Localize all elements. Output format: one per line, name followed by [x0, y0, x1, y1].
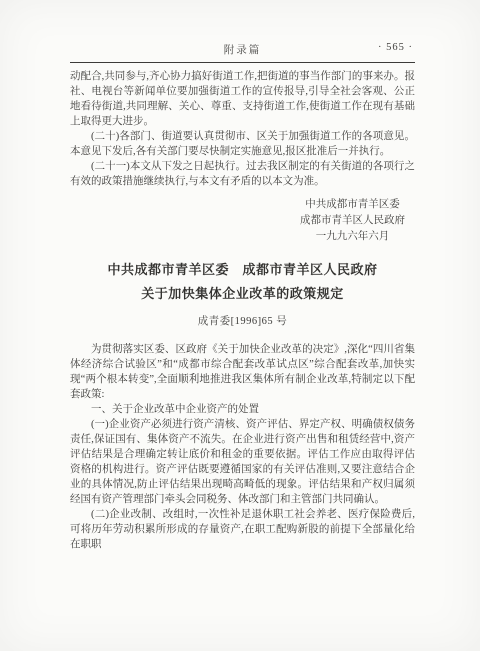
document-title-line1: 中共成都市青羊区委 成都市青羊区人民政府 [70, 258, 415, 282]
paragraph: (二)企业改制、改组时,一次性补足退休职工社会养老、医疗保险费后,可将历年劳动积… [70, 507, 415, 552]
signature-org-line: 中共成都市青羊区委 [300, 197, 405, 213]
paragraph: 为贯彻落实区委、区政府《关于加快企业改革的决定》,深化“四川省集体经济综合试验区… [70, 342, 415, 402]
document-body: 为贯彻落实区委、区政府《关于加快企业改革的决定》,深化“四川省集体经济综合试验区… [70, 342, 415, 552]
scanned-document-page: 附录篇 · 565 · 动配合,共同参与,齐心协力搞好街道工作,把街道的事当作部… [0, 0, 480, 651]
paragraph: (二十一)本文从下发之日起执行。过去我区制定的有关街道的各项行之有效的政策措施继… [70, 159, 415, 189]
section-heading: 一、关于企业改革中企业资产的处置 [70, 402, 415, 417]
running-header: 附录篇 · 565 · [70, 42, 415, 59]
document-number: 成青委[1996]65 号 [70, 313, 415, 328]
page-number: · 565 · [378, 42, 413, 53]
signature-block: 中共成都市青羊区委 成都市青羊区人民政府 一九九六年六月 [70, 197, 415, 245]
header-rule [70, 62, 415, 63]
paragraph: (二十)各部门、街道要认真贯彻市、区关于加强街道工作的各项意见。本意见下发后,各… [70, 129, 415, 159]
signature-org-line: 成都市青羊区人民政府 [300, 213, 405, 229]
document-title: 中共成都市青羊区委 成都市青羊区人民政府 关于加快集体企业改革的政策规定 [70, 258, 415, 306]
document-title-line2: 关于加快集体企业改革的政策规定 [70, 282, 415, 306]
section-title: 附录篇 [224, 45, 262, 56]
previous-document-end: 动配合,共同参与,齐心协力搞好街道工作,把街道的事当作部门的事来办。报社、电视台… [70, 69, 415, 189]
paragraph: 动配合,共同参与,齐心协力搞好街道工作,把街道的事当作部门的事来办。报社、电视台… [70, 69, 415, 129]
paragraph: (一)企业资产必须进行资产清核、资产评估、界定产权、明确债权债务责任,保证国有、… [70, 417, 415, 507]
signature-date: 一九九六年六月 [300, 229, 405, 245]
